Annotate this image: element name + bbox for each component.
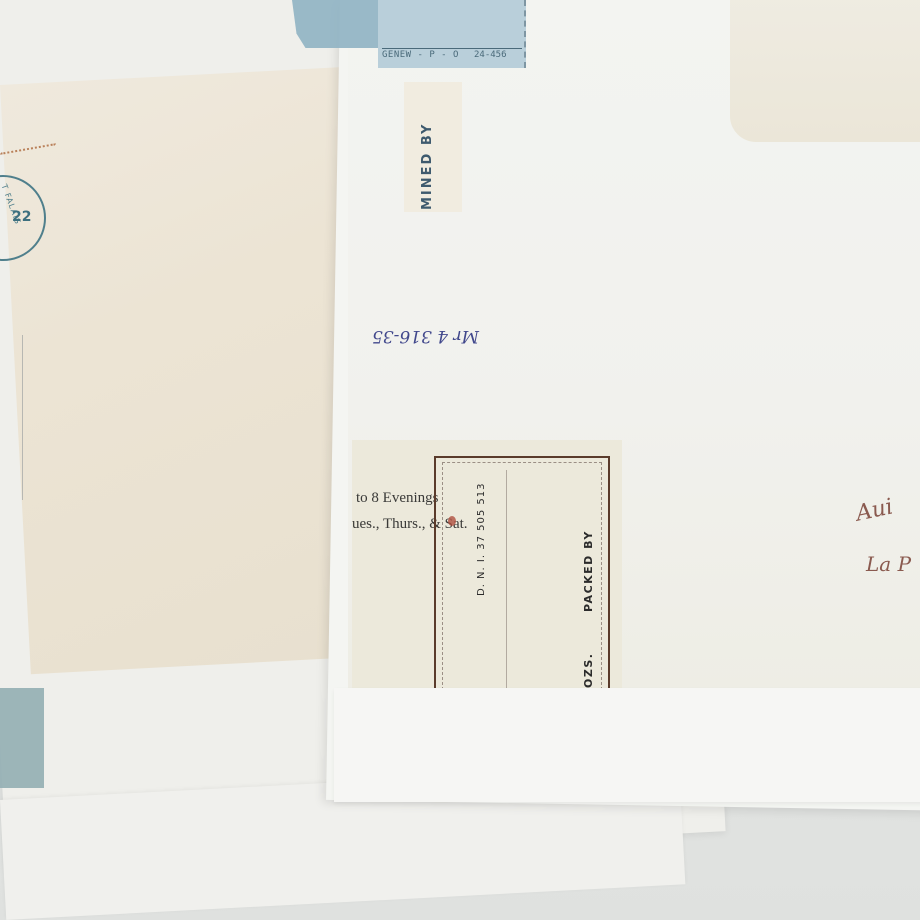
weight-unit-label: OZS.: [582, 653, 595, 688]
postmark-day: 22: [12, 209, 31, 225]
stamp-code-right: 24-456: [474, 50, 507, 60]
shipping-label-number: D. N. I. 37 505 513: [476, 483, 487, 596]
right-sheet-bottom-band: [334, 688, 920, 802]
red-ink-mark: [448, 516, 456, 526]
mined-by-label: MINED BY: [420, 123, 435, 210]
typed-line-1: to 8 Evenings: [356, 490, 439, 507]
packed-by-label: PACKED BY: [582, 530, 595, 612]
handwritten-note: Mr 4 316-35: [372, 326, 479, 346]
pencil-line: [22, 335, 23, 500]
script-text-2: La P: [866, 552, 911, 576]
shipping-label-inner-border: [442, 462, 602, 690]
shipping-label-divider: [506, 470, 507, 688]
stamp-code-left: GENEW - P - O: [382, 50, 459, 60]
aged-card-corner: [730, 0, 920, 142]
stamp-rule-line: [382, 48, 522, 49]
blue-stamp-dark: [292, 0, 382, 48]
blue-stamp-fragment: [0, 688, 44, 788]
